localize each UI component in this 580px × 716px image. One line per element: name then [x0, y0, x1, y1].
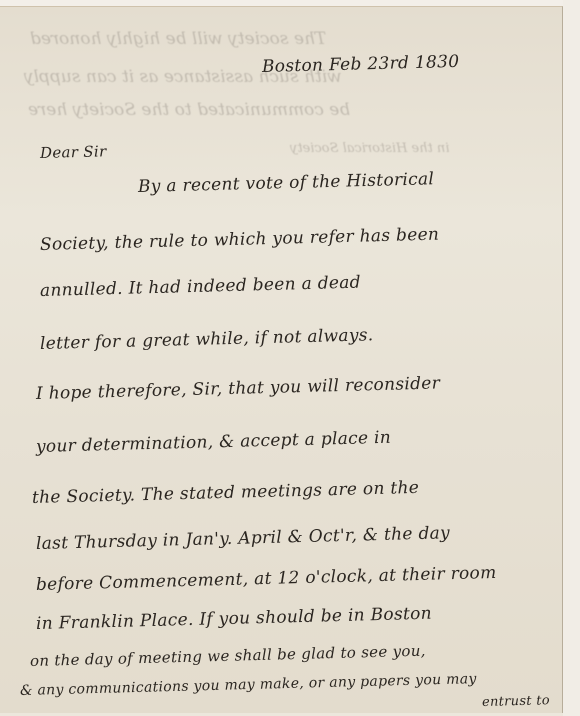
bleed-through-line: be communicated to the Society here	[28, 100, 350, 120]
body-line: annulled. It had indeed been a dead	[40, 273, 361, 301]
scan-right-edge	[563, 0, 580, 716]
body-line: Society, the rule to which you refer has…	[40, 225, 440, 255]
letter-page: The society will be highly honored with …	[0, 6, 563, 713]
body-line: I hope therefore, Sir, that you will rec…	[36, 373, 441, 404]
bleed-through-line: The society will be highly honored	[30, 29, 326, 49]
body-line: your determination, & accept a place in	[36, 428, 392, 457]
dateline: Boston Feb 23rd 1830	[262, 52, 460, 77]
bleed-through-line: in the Historical Society	[290, 141, 449, 156]
body-line: entrust to	[482, 693, 550, 710]
body-line: in Franklin Place. If you should be in B…	[36, 604, 432, 634]
body-line: & any communications you may make, or an…	[20, 671, 477, 699]
body-line: By a recent vote of the Historical	[138, 169, 435, 197]
body-line: the Society. The stated meetings are on …	[32, 478, 420, 508]
body-line: on the day of meeting we shall be glad t…	[30, 642, 426, 670]
body-line: last Thursday in Jan'y. April & Oct'r, &…	[36, 523, 450, 554]
body-line: letter for a great while, if not always.	[40, 325, 374, 354]
salutation: Dear Sir	[40, 142, 107, 162]
body-line: before Commencement, at 12 o'clock, at t…	[36, 563, 497, 595]
